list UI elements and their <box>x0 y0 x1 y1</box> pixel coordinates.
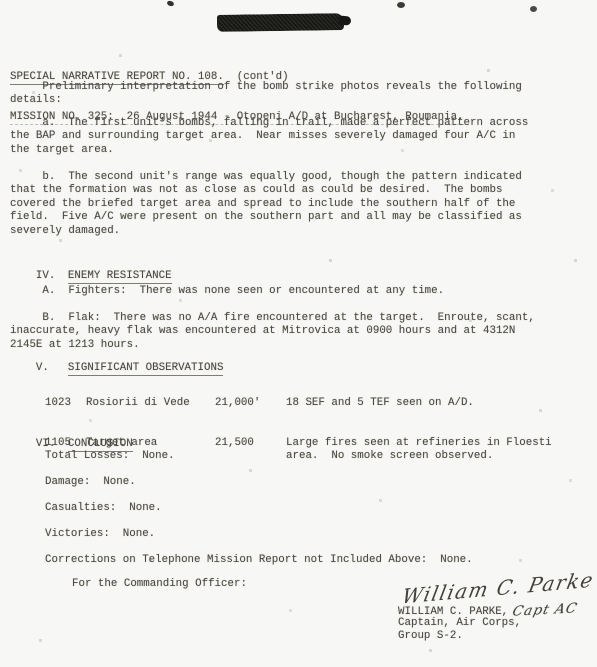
paragraph-fighters: A. Fighters: There was none seen or enco… <box>10 285 590 298</box>
redaction-mark <box>217 13 344 32</box>
ink-smudge-dot <box>530 6 537 12</box>
subparagraph-b: b. The second unit's range was equally g… <box>10 171 590 238</box>
document-page: SPECIAL NARRATIVE REPORT NO. 108. (cont'… <box>0 0 597 667</box>
signature-group: Group S-2. <box>398 630 463 643</box>
closing-line: For the Commanding Officer: <box>72 578 247 591</box>
observation-note: Large fires seen at refineries in Floest… <box>286 437 552 464</box>
observation-time: 1023 <box>45 397 86 410</box>
conclusion-item-total-losses: Total Losses: None. <box>45 450 175 463</box>
observation-altitude: 21,500 <box>215 437 286 450</box>
conclusion-item-casualties: Casualties: None. <box>45 502 162 515</box>
conclusion-item-victories: Victories: None. <box>45 528 155 541</box>
conclusion-item-damage: Damage: None. <box>45 476 136 489</box>
ink-smudge-dot <box>397 2 405 8</box>
section-title: ENEMY RESISTANCE <box>68 270 172 284</box>
subparagraph-a: a. The first unit's bombs, falling in tr… <box>10 117 590 157</box>
signature-rank: Captain, Air Corps, <box>398 617 521 630</box>
signature-handwritten-rank: Capt AC <box>511 602 579 619</box>
section-numeral: IV. <box>36 270 68 283</box>
observation-row: 1023 Rosiorii di Vede 21,000' 18 SEF and… <box>45 397 590 410</box>
paragraph-flak: B. Flak: There was no A/A fire encounter… <box>10 312 590 352</box>
observation-altitude: 21,000' <box>215 397 286 410</box>
observation-note: 18 SEF and 5 TEF seen on A/D. <box>286 397 474 410</box>
ink-smudge-dot <box>166 0 174 7</box>
paper-noise <box>0 0 1 1</box>
observation-place: Rosiorii di Vede <box>86 397 215 410</box>
intro-paragraph: Preliminary interpretation of the bomb s… <box>10 81 585 108</box>
conclusion-item-corrections: Corrections on Telephone Mission Report … <box>45 554 473 567</box>
